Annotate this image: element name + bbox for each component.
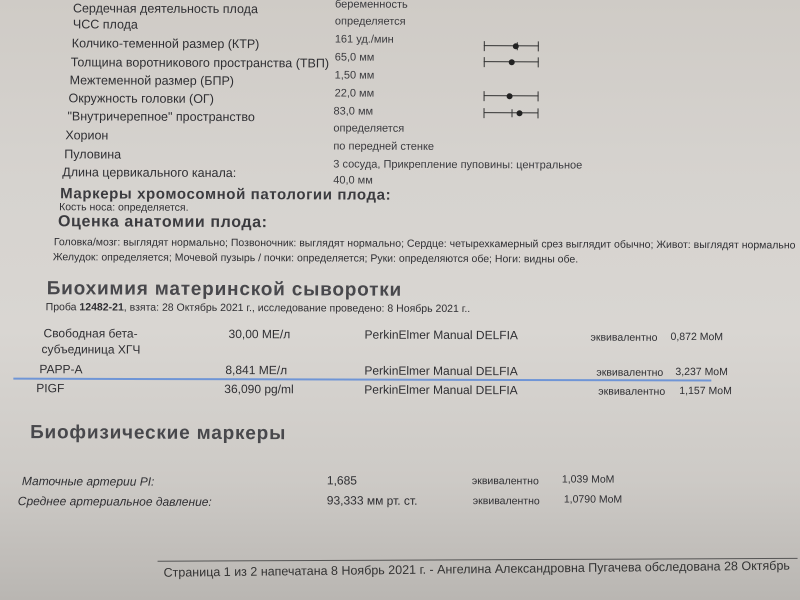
biophysical-label: Среднее артериальное давление: [18, 494, 212, 509]
mom-value: 1,0790 MoM [564, 493, 622, 505]
marker-name: PAPP-A [39, 362, 82, 376]
equivalent-label: эквивалентно [473, 495, 540, 507]
highlight-line [13, 378, 711, 382]
range-indicator-tvp [484, 57, 539, 67]
measurement-label: Длина цервикального канала: [62, 165, 236, 180]
section-heading: Биофизические маркеры [30, 422, 286, 445]
sample-info: Проба 12482-21, взята: 28 Октябрь 2021 г… [46, 301, 471, 315]
range-indicator-og [483, 108, 538, 118]
page-footer: Страница 1 из 2 напечатана 8 Ноябрь 2021… [164, 559, 790, 580]
measurement-value: 1,50 мм [335, 69, 375, 81]
mom-value: 1,157 MoM [679, 385, 732, 397]
marker-value: 36,090 pg/ml [224, 382, 293, 396]
range-indicator-ktr [484, 41, 539, 51]
measurement-label: Колчико-теменной размер (КТР) [72, 36, 260, 51]
measurement-label: Хорион [65, 128, 108, 142]
marker-name: PIGF [36, 381, 64, 395]
measurement-label: Пуловина [64, 147, 121, 161]
equivalent-label: эквивалентно [598, 386, 665, 398]
measurement-value: 161 уд./мин [335, 33, 394, 45]
range-marker-ktr [513, 43, 519, 49]
assay-method: PerkinElmer Manual DELFIA [364, 364, 517, 379]
measurement-value: по передней стенке [333, 140, 434, 152]
mom-value: 0,872 MoM [671, 331, 724, 343]
assay-method: PerkinElmer Manual DELFIA [364, 383, 517, 398]
marker-value: 30,00 МЕ/л [229, 327, 291, 341]
measurement-label: Межтеменной размер (БПР) [70, 73, 234, 88]
anatomy-line: Желудок: определяется; Мочевой пузырь / … [53, 251, 578, 265]
measurement-value: определяется [335, 15, 406, 27]
measurement-value: беременность [335, 0, 408, 11]
biophysical-value: 93,333 мм рт. ст. [327, 493, 418, 507]
sample-dates: , взята: 28 Октябрь 2021 г., исследовани… [124, 302, 470, 316]
marker-name-cont: субъединица ХГЧ [41, 342, 140, 356]
assay-method: PerkinElmer Manual DELFIA [365, 328, 518, 343]
marker-value: 8,841 МЕ/л [225, 363, 287, 377]
anatomy-line: Головка/мозг: выглядят нормально; Позвон… [54, 236, 796, 251]
measurement-value: 83,0 мм [333, 105, 373, 117]
measurement-label: Толщина воротникового пространства (ТВП) [71, 55, 329, 70]
nasal-bone-text: Кость носа: определяется. [59, 201, 188, 214]
sample-prefix: Проба [46, 301, 80, 313]
range-marker-bpr [506, 93, 512, 99]
measurement-label: Сердечная деятельность плода [73, 1, 258, 16]
measurement-value: 3 сосуда, Прикрепление пуповины: централ… [333, 158, 582, 171]
biophysical-value: 1,685 [327, 473, 357, 487]
equivalent-label: эквивалентно [591, 332, 658, 344]
mom-value: 1,039 MoM [562, 473, 615, 485]
measurement-value: 40,0 мм [333, 174, 373, 186]
measurement-value: определяется [333, 122, 404, 134]
section-heading: Биохимия материнской сыворотки [47, 278, 402, 302]
sample-id: 12482-21 [79, 301, 123, 313]
measurement-value: 22,0 мм [335, 87, 375, 99]
report-page: Сердечная деятельность плода беременност… [0, 0, 800, 600]
measurement-label: Окружность головки (ОГ) [69, 91, 214, 106]
measurement-label: "Внутричерепное" пространство [67, 109, 254, 124]
range-marker-tvp [508, 59, 514, 65]
range-indicator-bpr [484, 91, 539, 101]
mom-value: 3,237 MoM [675, 366, 728, 378]
marker-name: Свободная бета- [44, 326, 138, 340]
range-marker-og [517, 110, 523, 116]
measurement-value: 65,0 мм [335, 51, 375, 63]
equivalent-label: эквивалентно [472, 475, 539, 487]
fetal-measurements-section: Сердечная деятельность плода беременност… [0, 0, 800, 3]
biophysical-label: Маточные артерии PI: [22, 474, 155, 489]
equivalent-label: эквивалентно [596, 367, 663, 379]
section-heading: Оценка анатомии плода: [58, 213, 268, 232]
measurement-label: ЧСС плода [73, 17, 138, 31]
